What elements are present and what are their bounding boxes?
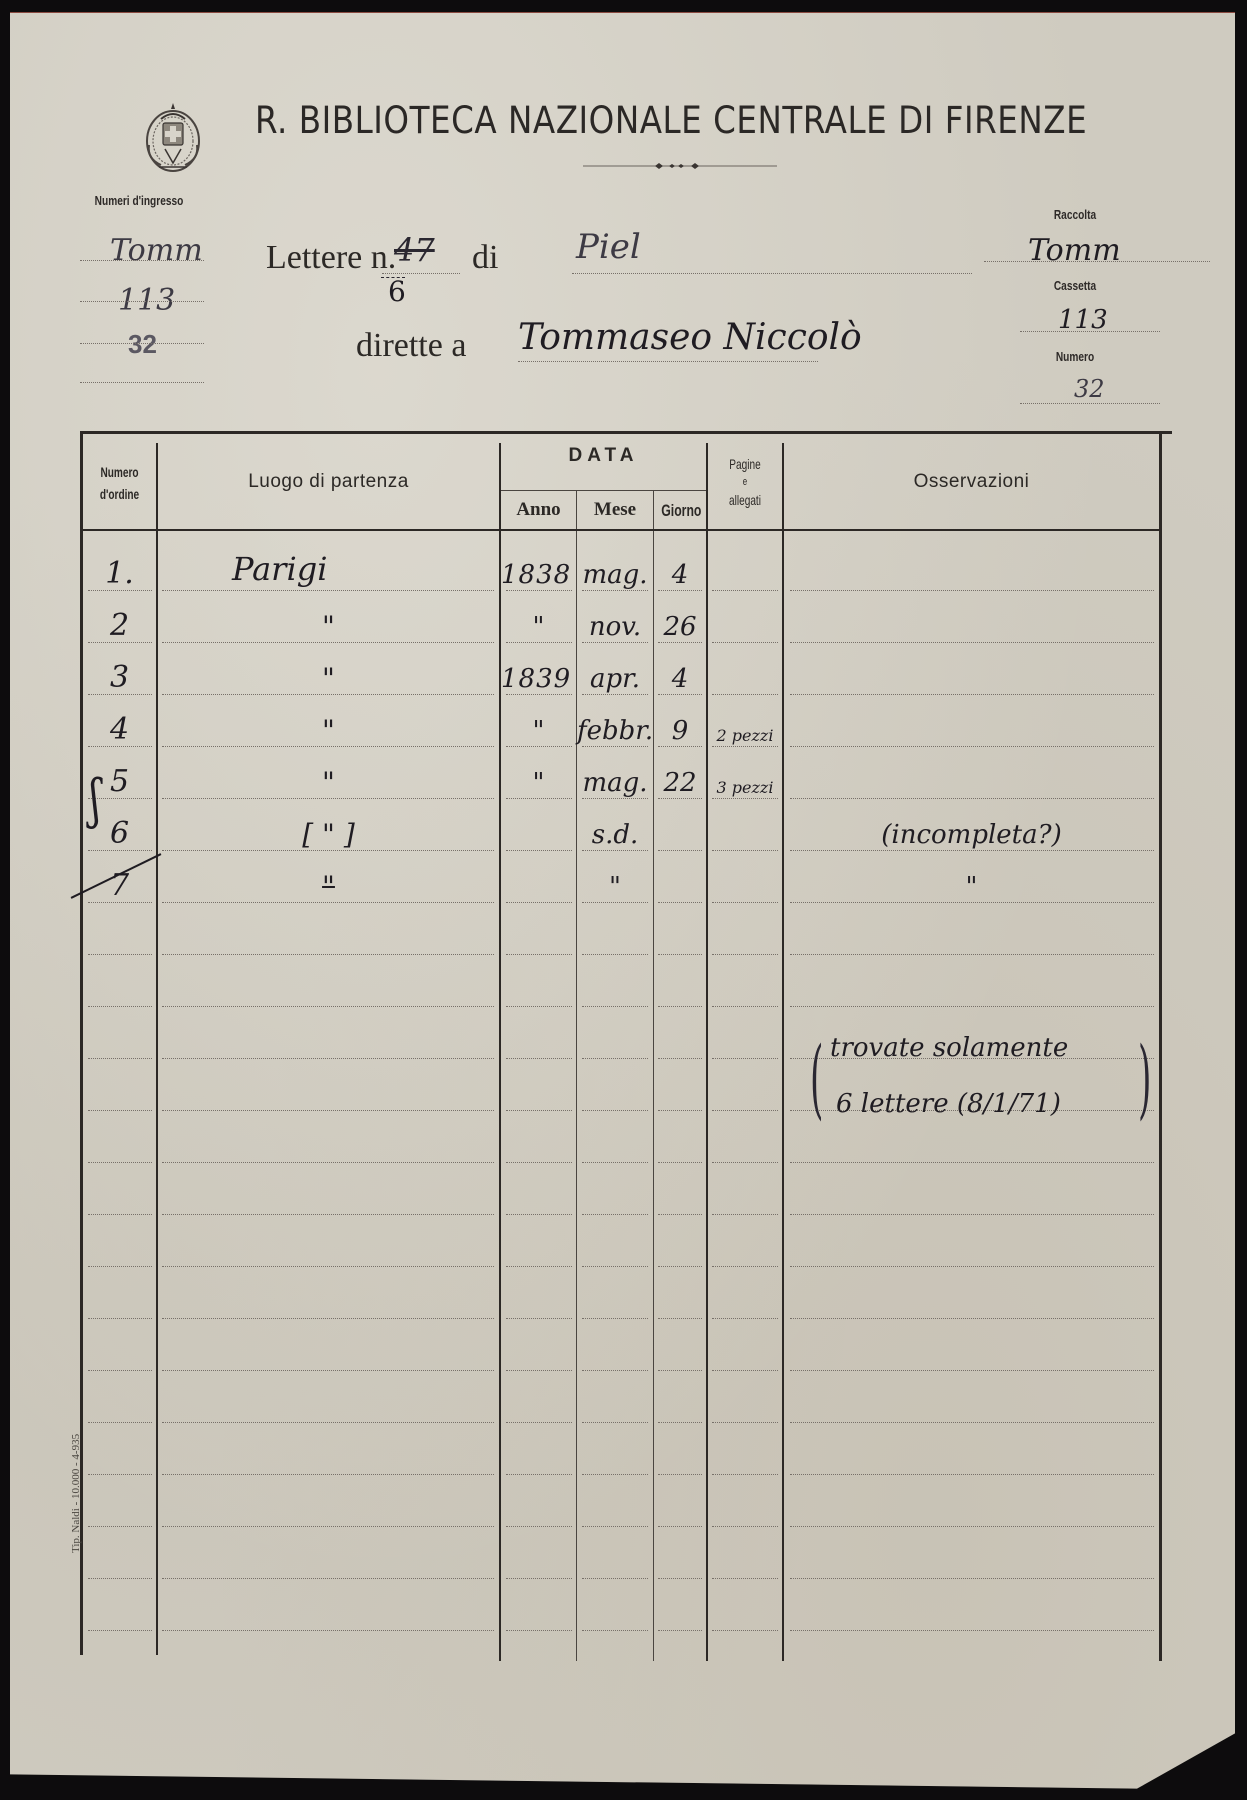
row-dotted-line (162, 1578, 494, 1579)
row-dotted-line (712, 590, 778, 591)
row-dotted-line (790, 694, 1154, 695)
lettere-number-struck: 47 (394, 231, 435, 269)
row-dotted-line (790, 1422, 1154, 1423)
row-dotted-line (506, 1266, 572, 1267)
row-dotted-line (658, 902, 702, 903)
row-dotted-line (162, 1266, 494, 1267)
row-6-mese: s.d. (577, 820, 653, 850)
row-dotted-line (582, 1422, 648, 1423)
row-6-luogo: [ " ] (158, 818, 499, 851)
row-2-mese: nov. (577, 612, 653, 642)
row-1-anno: 1838 (501, 560, 576, 590)
row-dotted-line (506, 590, 572, 591)
row-dotted-line (790, 850, 1154, 851)
di-line (572, 273, 972, 274)
printer-mark: Tip. Naldi - 10.000 - 4-935 (70, 1434, 82, 1553)
row-dotted-line (88, 1578, 152, 1579)
row-dotted-line (506, 1474, 572, 1475)
row-dotted-line (582, 1474, 648, 1475)
row-4-giorno: 9 (654, 716, 706, 746)
row-dotted-line (506, 1630, 572, 1631)
row-dotted-line (658, 1162, 702, 1163)
row-4-mese: febbr. (577, 716, 653, 746)
row-dotted-line (506, 1214, 572, 1215)
row-dotted-line (88, 1526, 152, 1527)
header-osservazioni: Osservazioni (784, 471, 1159, 493)
row-dotted-line (658, 1422, 702, 1423)
row-dotted-line (712, 1474, 778, 1475)
row-3-giorno: 4 (654, 664, 706, 694)
header-mese: Mese (577, 499, 653, 521)
row-dotted-line (582, 798, 648, 799)
di-label: di (472, 239, 498, 277)
row-dotted-line (658, 798, 702, 799)
row-dotted-line (582, 954, 648, 955)
row-dotted-line (162, 954, 494, 955)
numero-value: 32 (1074, 375, 1105, 403)
row-3-luogo: " (158, 662, 499, 695)
note-line-1: trovate solamente (830, 1033, 1068, 1063)
row-dotted-line (658, 1058, 702, 1059)
row-7-mese: " (577, 872, 653, 902)
row-dotted-line (506, 902, 572, 903)
note-close-paren: ) (1138, 1029, 1151, 1129)
row-dotted-line (712, 1006, 778, 1007)
ingresso-value-3: 32 (128, 329, 157, 360)
row-dotted-line (162, 1006, 494, 1007)
row-dotted-line (88, 1006, 152, 1007)
row-dotted-line (712, 746, 778, 747)
raccolta-line (984, 261, 1210, 262)
row-dotted-line (582, 1110, 648, 1111)
row-dotted-line (712, 1214, 778, 1215)
row-dotted-line (712, 954, 778, 955)
row-5-anno: " (501, 768, 576, 798)
row-dotted-line (88, 1110, 152, 1111)
library-title: R. BIBLIOTECA NAZIONALE CENTRALE DI FIRE… (255, 99, 1087, 142)
row-dotted-line (162, 1214, 494, 1215)
row-dotted-line (162, 1318, 494, 1319)
row-3-anno: 1839 (501, 664, 576, 694)
row-dotted-line (790, 1214, 1154, 1215)
ingresso-value-1: Tomm (110, 233, 203, 268)
ingresso-line-4 (80, 382, 204, 383)
row-dotted-line (162, 1474, 494, 1475)
row-dotted-line (790, 1318, 1154, 1319)
row-dotted-line (162, 1162, 494, 1163)
row-dotted-line (506, 1162, 572, 1163)
row-dotted-line (582, 694, 648, 695)
row-dotted-line (790, 1474, 1154, 1475)
row-dotted-line (582, 850, 648, 851)
row-dotted-line (582, 1214, 648, 1215)
row-dotted-line (582, 1578, 648, 1579)
row-dotted-line (582, 642, 648, 643)
ingresso-line-3 (80, 343, 204, 344)
dirette-label: dirette a (356, 327, 466, 365)
row-7-oss: " (784, 872, 1159, 902)
row-dotted-line (790, 954, 1154, 955)
row-dotted-line (582, 1370, 648, 1371)
ingresso-line-1 (80, 260, 204, 261)
row-dotted-line (658, 1006, 702, 1007)
numero-label: Numero (1040, 349, 1110, 364)
row-dotted-line (790, 590, 1154, 591)
row-dotted-line (712, 1318, 778, 1319)
row-dotted-line (712, 694, 778, 695)
header-anno: Anno (501, 499, 576, 521)
row-dotted-line (88, 1214, 152, 1215)
row-dotted-line (790, 798, 1154, 799)
row-dotted-line (582, 1058, 648, 1059)
row-6-oss: (incompleta?) (784, 820, 1159, 850)
row-dotted-line (790, 746, 1154, 747)
row-dotted-line (712, 850, 778, 851)
row-3-num: 3 (83, 660, 156, 695)
row-dotted-line (162, 590, 494, 591)
row-dotted-line (790, 1526, 1154, 1527)
lettere-label: Lettere n. (266, 239, 396, 277)
row-dotted-line (88, 1318, 152, 1319)
table-right-border (1159, 431, 1162, 1661)
row-1-giorno: 4 (654, 560, 706, 590)
row-dotted-line (582, 1266, 648, 1267)
row-dotted-line (582, 1006, 648, 1007)
row-dotted-line (88, 1630, 152, 1631)
row-dotted-line (506, 1422, 572, 1423)
row-4-luogo: " (158, 714, 499, 747)
row-dotted-line (162, 1630, 494, 1631)
row-dotted-line (506, 1578, 572, 1579)
row-dotted-line (658, 590, 702, 591)
row-dotted-line (506, 746, 572, 747)
col-divider-giorno (706, 443, 708, 1661)
row-dotted-line (712, 642, 778, 643)
row-dotted-line (658, 1318, 702, 1319)
ingresso-line-2 (80, 301, 204, 302)
row-dotted-line (582, 1630, 648, 1631)
row-dotted-line (506, 1058, 572, 1059)
row-dotted-line (790, 1006, 1154, 1007)
di-value: Piel (576, 227, 641, 267)
row-2-luogo: " (158, 610, 499, 643)
row-dotted-line (162, 1370, 494, 1371)
row-dotted-line (790, 1266, 1154, 1267)
row-dotted-line (88, 1422, 152, 1423)
row-dotted-line (790, 902, 1154, 903)
row-dotted-line (506, 798, 572, 799)
row-5-giorno: 22 (654, 768, 706, 798)
lettere-number-corrected: 6 (388, 275, 406, 308)
row-dotted-line (506, 1526, 572, 1527)
row-dotted-line (506, 642, 572, 643)
dirette-value: Tommaseo Niccolò (518, 317, 862, 358)
row-dotted-line (658, 1630, 702, 1631)
row-dotted-line (506, 1370, 572, 1371)
row-dotted-line (658, 1578, 702, 1579)
row-dotted-line (712, 1058, 778, 1059)
row-dotted-line (790, 642, 1154, 643)
row-dotted-line (162, 1526, 494, 1527)
row-dotted-line (582, 1318, 648, 1319)
dirette-line (518, 361, 818, 362)
row-4-pagine: 2 pezzi (708, 726, 782, 745)
row-dotted-line (506, 954, 572, 955)
header-luogo: Luogo di partenza (158, 471, 499, 493)
numero-line (1020, 403, 1160, 404)
row-dotted-line (712, 1578, 778, 1579)
row-1-mese: mag. (577, 560, 653, 590)
row-dotted-line (88, 1370, 152, 1371)
row-dotted-line (658, 1526, 702, 1527)
row-dotted-line (658, 954, 702, 955)
row-5-mese: mag. (577, 768, 653, 798)
row-4-num: 4 (83, 712, 156, 747)
header-data: DATA (501, 445, 706, 467)
row-dotted-line (582, 746, 648, 747)
row-dotted-line (790, 1370, 1154, 1371)
cassetta-label: Cassetta (1040, 278, 1110, 293)
row-1-num: 1. (83, 556, 156, 591)
row-dotted-line (712, 1162, 778, 1163)
row-dotted-line (88, 1474, 152, 1475)
row-dotted-line (658, 1110, 702, 1111)
raccolta-value: Tomm (1028, 233, 1121, 268)
row-dotted-line (658, 1370, 702, 1371)
row-dotted-line (712, 1266, 778, 1267)
row-dotted-line (582, 902, 648, 903)
header-bottom-line (83, 529, 1159, 531)
coat-of-arms-icon (143, 101, 203, 175)
row-5-bracket-mark: ʃ (90, 768, 100, 830)
row-dotted-line (88, 1266, 152, 1267)
header-pagine: Pagine e allegati (718, 453, 771, 511)
row-dotted-line (712, 1630, 778, 1631)
row-dotted-line (790, 1578, 1154, 1579)
col-divider-pagine (782, 443, 784, 1661)
row-dotted-line (88, 954, 152, 955)
row-2-num: 2 (83, 608, 156, 643)
row-dotted-line (790, 1630, 1154, 1631)
row-dotted-line (658, 1266, 702, 1267)
table-top-border (80, 431, 1172, 434)
header-giorno: Giorno (661, 501, 698, 521)
row-dotted-line (712, 1110, 778, 1111)
row-dotted-line (506, 1110, 572, 1111)
row-dotted-line (712, 798, 778, 799)
raccolta-label: Raccolta (1040, 207, 1110, 222)
row-dotted-line (506, 694, 572, 695)
row-dotted-line (88, 1058, 152, 1059)
note-open-paren: ( (810, 1029, 823, 1129)
header-numero: Numero d'ordine (93, 461, 146, 505)
row-dotted-line (658, 642, 702, 643)
row-dotted-line (712, 1370, 778, 1371)
row-dotted-line (582, 590, 648, 591)
row-dotted-line (658, 746, 702, 747)
note-line-2: 6 lettere (8/1/71) (836, 1089, 1061, 1119)
document-page: R. BIBLIOTECA NAZIONALE CENTRALE DI FIRE… (10, 12, 1235, 1794)
row-dotted-line (582, 1162, 648, 1163)
row-dotted-line (712, 1422, 778, 1423)
row-dotted-line (658, 1474, 702, 1475)
row-dotted-line (162, 1110, 494, 1111)
row-dotted-line (162, 1422, 494, 1423)
row-dotted-line (506, 1318, 572, 1319)
cassetta-line (1020, 331, 1160, 332)
row-dotted-line (162, 1058, 494, 1059)
row-dotted-line (658, 1214, 702, 1215)
row-5-pagine: 3 pezzi (708, 778, 782, 797)
row-4-anno: " (501, 716, 576, 746)
row-dotted-line (582, 1526, 648, 1527)
row-dotted-line (88, 1162, 152, 1163)
row-dotted-line (506, 850, 572, 851)
row-3-mese: apr. (577, 664, 653, 694)
lettere-number-line (382, 273, 460, 274)
row-7-luogo: " (158, 870, 499, 903)
row-dotted-line (506, 1006, 572, 1007)
decorative-rule-icon (583, 163, 777, 169)
row-dotted-line (658, 850, 702, 851)
row-dotted-line (658, 694, 702, 695)
row-2-giorno: 26 (654, 612, 706, 642)
row-dotted-line (712, 902, 778, 903)
row-dotted-line (712, 1526, 778, 1527)
row-dotted-line (790, 1162, 1154, 1163)
row-5-luogo: " (158, 766, 499, 799)
row-2-anno: " (501, 612, 576, 642)
data-subheader-line (501, 490, 706, 491)
ingresso-label: Numeri d'ingresso (88, 193, 189, 208)
